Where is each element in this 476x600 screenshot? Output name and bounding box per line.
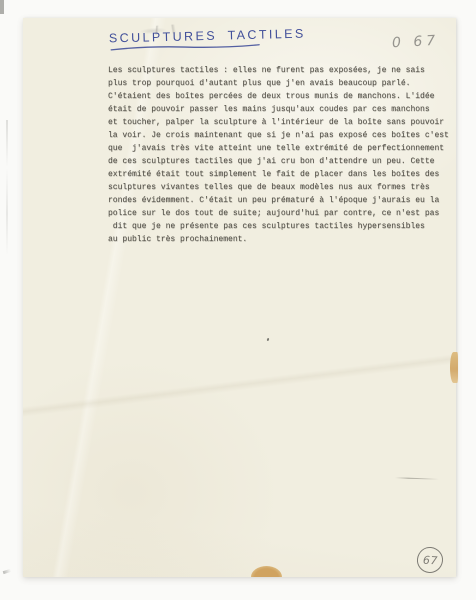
text-line: extrémité était tout simplement le fait … <box>108 168 449 181</box>
scanner-smudge <box>3 569 12 574</box>
page-number-bottom-circled: 67 <box>416 546 445 575</box>
paper-stain-bottom <box>251 566 282 577</box>
handwritten-title-text: SCULPTURES TACTILES <box>109 27 306 46</box>
text-line: rondes évidemment. C'était un peu prémat… <box>108 194 449 207</box>
scanner-edge-mark <box>0 0 4 14</box>
text-line: sculptures vivantes telles que de beaux … <box>108 181 449 194</box>
text-line: police sur le dos tout de suite; aujourd… <box>108 207 449 220</box>
page-number-top: 0 67 <box>392 33 440 51</box>
text-line: que j'avais très vite atteint une telle … <box>108 142 449 155</box>
document-page: SCULPTURES TACTILES 0 67 Les sculptures … <box>23 18 456 577</box>
text-line: et toucher, palper la sculpture à l'inté… <box>108 116 449 129</box>
text-line: la voir. Je crois maintenant que si je n… <box>108 129 449 142</box>
paper-crease <box>395 477 439 480</box>
page-number-bottom-text: 67 <box>422 553 438 567</box>
text-line: était de pouvoir passer les mains jusqu'… <box>108 103 449 116</box>
scanner-streak <box>6 120 8 290</box>
typewritten-text-block: Les sculptures tactiles : elles ne furen… <box>108 64 449 246</box>
handwritten-title: SCULPTURES TACTILES <box>109 27 306 53</box>
ink-speck <box>267 338 270 342</box>
text-line: de ces sculptures tactiles que j'ai cru … <box>108 155 449 168</box>
paper-stain-right <box>450 352 458 383</box>
text-line: au public très prochainement. <box>108 233 449 246</box>
text-line: dit que je ne présente pas ces sculpture… <box>108 220 449 233</box>
text-line: plus trop pourquoi d'autant plus que j'e… <box>108 77 449 90</box>
text-line: Les sculptures tactiles : elles ne furen… <box>108 64 449 77</box>
text-line: C'étaient des boîtes percées de deux tro… <box>108 90 449 103</box>
